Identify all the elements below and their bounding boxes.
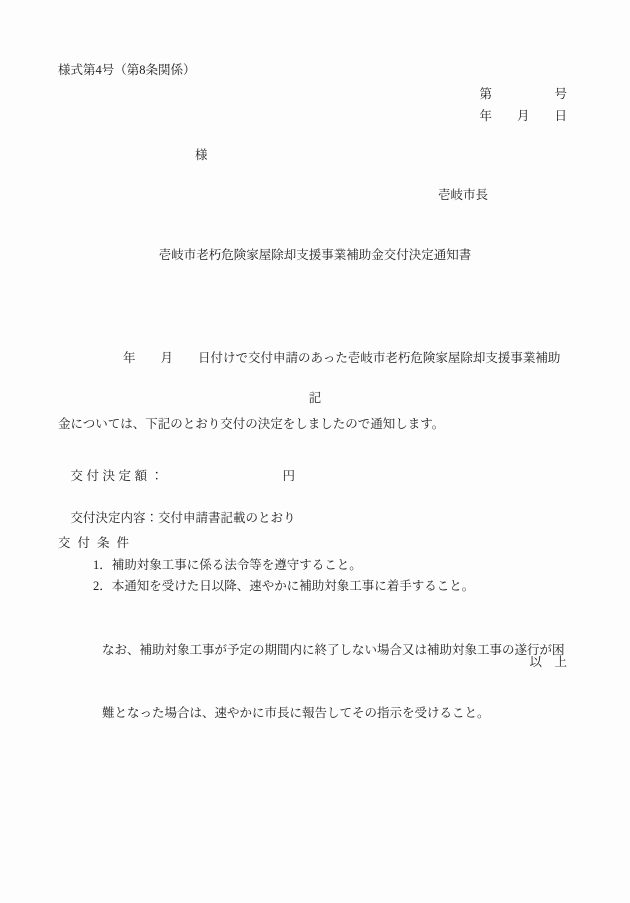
grant-amount-line: 交付決定額：円 [58, 452, 295, 500]
addressee-honorific: 様 [195, 147, 208, 163]
condition-note-line-1: なお、補助対象工事が予定の期間内に終了しない場合又は補助対象工事の遂行が困 [102, 640, 565, 661]
grant-amount-unit: 円 [283, 469, 296, 483]
grant-content-label: 交付決定内容： [71, 511, 159, 525]
document-title: 壱岐市老朽危険家屋除却支援事業補助金交付決定通知書 [0, 247, 630, 263]
notification-document-page: 様式第4号（第8条関係） 第 号 年 月 日 様 壱岐市長 壱岐市老朽危険家屋除… [0, 0, 630, 903]
condition-item-2: 2．本通知を受けた日以降、速やかに補助対象工事に着手すること。 [93, 578, 474, 594]
issue-date-line: 年 月 日 [479, 108, 567, 124]
issue-number-line: 第 号 [479, 86, 567, 102]
record-marker: 記 [0, 390, 630, 406]
body-line-2: 金については、下記のとおり交付の決定をしましたので通知します。 [58, 413, 560, 435]
condition-note: なお、補助対象工事が予定の期間内に終了しない場合又は補助対象工事の遂行が困 難と… [102, 598, 565, 766]
condition-item-1: 1．補助対象工事に係る法令等を遵守すること。 [93, 557, 362, 573]
sender-mayor-label: 壱岐市長 [438, 187, 488, 203]
form-number-label: 様式第4号（第8条関係） [58, 62, 196, 78]
grant-content-value: 交付申請書記載のとおり [158, 511, 296, 525]
condition-note-line-2: 難となった場合は、速やかに市長に報告してその指示を受けること。 [102, 703, 565, 724]
body-line-1: 年 月 日付けで交付申請のあった壱岐市老朽危険家屋除却支援事業補助 [58, 347, 560, 369]
conditions-heading: 交付条件 [58, 535, 136, 551]
grant-amount-label: 交付決定額： [71, 469, 167, 483]
closing-mark: 以 上 [529, 654, 567, 670]
